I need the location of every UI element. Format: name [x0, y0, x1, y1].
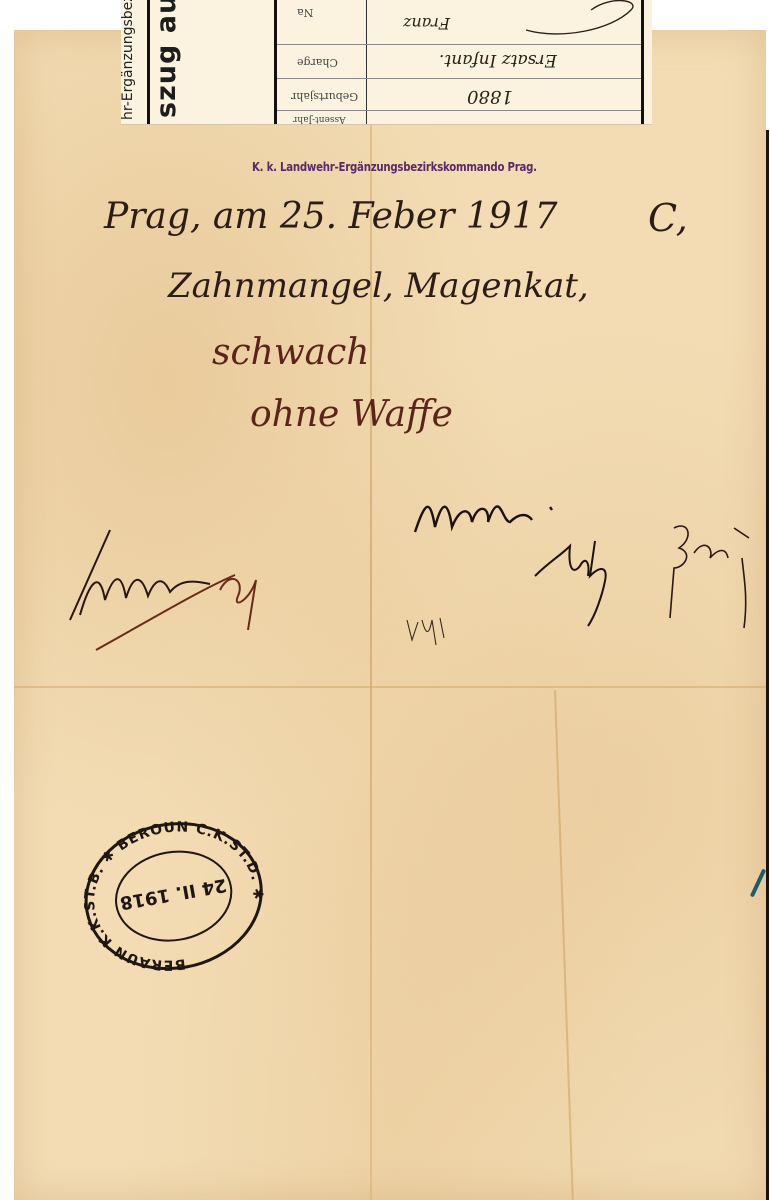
initials	[402, 610, 452, 650]
signature-center-second	[530, 536, 630, 636]
slip-row-line	[277, 44, 641, 45]
slip-rule	[274, 0, 277, 124]
sheet-edge	[766, 130, 769, 1200]
slip-header: hr-Ergänzungsbez	[121, 0, 147, 124]
slip-value-birthyear: 1880	[467, 86, 513, 107]
slip-row-line	[277, 110, 641, 111]
slip-flourish	[521, 0, 651, 40]
place-date: Prag, am 25. Feber 1917	[104, 196, 558, 237]
slip-value-charge: Ersatz Infant.	[439, 50, 557, 70]
signature-center	[410, 492, 580, 542]
slip-col-name: Na	[297, 6, 313, 19]
signature-left	[60, 520, 270, 660]
slip-rule	[366, 0, 367, 124]
stamp-date: 24 II. 1918	[118, 874, 228, 913]
condition-line: schwach	[212, 332, 369, 373]
slip-col-charge: Charge	[297, 56, 338, 69]
slip-col-geburtsjahr: Geburtsjahr	[291, 90, 358, 103]
classification-mark: C,	[648, 196, 688, 240]
fold-line-vertical-2	[554, 690, 574, 1200]
slip-col-assentjahr: Assent-Jahr	[293, 114, 346, 124]
inserted-form-slip: hr-Ergänzungsbez szug aus Na Charge Gebu…	[121, 0, 652, 125]
signature-right	[664, 518, 764, 638]
slip-header-text: hr-Ergänzungsbez	[121, 0, 136, 120]
fold-line-horizontal	[14, 686, 766, 688]
slip-value-name: Franz	[403, 14, 450, 33]
slip-row-line	[277, 78, 641, 79]
railway-station-stamp: BERAUN K.K.ST.B. ✱ BEROUN C.K.ST.D. ✱ 24…	[70, 803, 280, 993]
command-stamp: K. k. Landwehr-Ergänzungsbezirkskommando…	[252, 160, 537, 174]
diagnosis-line: Zahnmangel, Magenkat,	[168, 266, 589, 306]
service-line: ohne Waffe	[250, 394, 453, 435]
slip-rule	[147, 0, 150, 124]
slip-title-text: szug aus	[151, 0, 182, 118]
